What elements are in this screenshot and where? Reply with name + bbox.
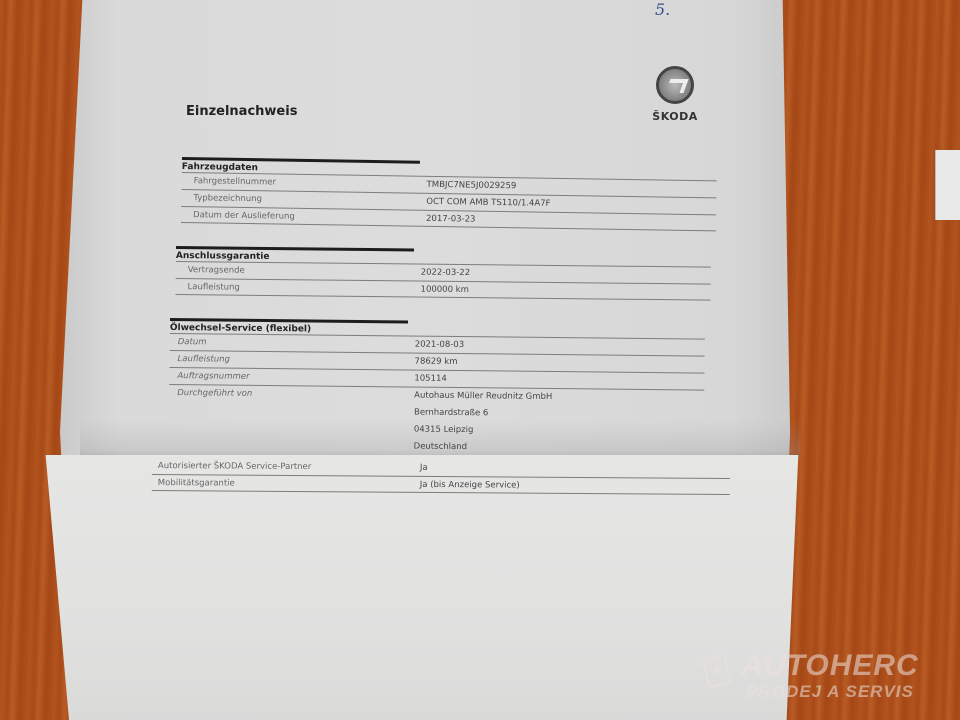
row-value: OCT COM AMB TS110/1.4A7F: [426, 197, 716, 212]
row-label: Mobilitätsgarantie: [152, 477, 420, 489]
background-papers: [935, 150, 960, 220]
watermark-subtitle: PRODEJ A SERVIS: [705, 682, 955, 702]
row-label: Vertragsende: [176, 265, 421, 278]
document-title: Einzelnachweis: [186, 104, 297, 119]
section-service-partner: Autorisierter ŠKODA Service-Partner Ja M…: [152, 457, 730, 495]
row-value: Ja (bis Anzeige Service): [420, 479, 730, 491]
row-value: 04315 Leipzig: [414, 424, 704, 437]
row-label: Laufleistung: [176, 281, 421, 294]
handwritten-note: 5.: [655, 0, 670, 19]
row-label: Datum der Auslieferung: [181, 209, 426, 223]
row-value: Ja: [420, 462, 730, 474]
row-value: 100000 km: [421, 284, 711, 297]
brand-name: ŠKODA: [646, 110, 704, 123]
row-label: [169, 426, 414, 429]
row-label: Laufleistung: [170, 354, 415, 367]
section-extended-warranty: Anschlussgarantie Vertragsende 2022-03-2…: [175, 246, 710, 301]
section-vehicle-data: Fahrzeugdaten Fahrgestellnummer TMBJC7NE…: [181, 157, 717, 231]
row-value: 2021-08-03: [415, 340, 705, 353]
row-value: 2022-03-22: [421, 268, 711, 281]
section-oil-change-service: Ölwechsel-Service (flexibel) Datum 2021-…: [169, 318, 705, 458]
skoda-logo: ŠKODA: [646, 66, 704, 123]
row-label: Typbezeichnung: [181, 193, 426, 207]
row-label: Datum: [170, 337, 415, 350]
row-value: Autohaus Müller Reudnitz GmbH: [414, 391, 704, 404]
row-value: TMBJC7NE5J0029259: [427, 180, 717, 195]
row-value: Bernhardstraße 6: [414, 407, 704, 420]
row-label: Auftragsnummer: [169, 371, 414, 384]
row-label: Durchgeführt von: [169, 388, 414, 401]
row-value: 78629 km: [415, 357, 705, 370]
row-value: 105114: [414, 374, 704, 387]
row-value: 2017-03-23: [426, 213, 716, 228]
row-label: Autorisierter ŠKODA Service-Partner: [152, 460, 420, 472]
row-value: Deutschland: [414, 441, 704, 454]
skoda-winged-arrow-icon: [656, 66, 694, 104]
watermark-brand: AUTOHERC: [705, 650, 955, 682]
row-label: [169, 409, 414, 412]
row-label: Fahrgestellnummer: [182, 176, 427, 190]
row-label: [169, 443, 414, 446]
section-heading: Ölwechsel-Service (flexibel): [170, 318, 408, 335]
dealer-watermark: ♠ AUTOHERC PRODEJ A SERVIS: [705, 650, 955, 702]
section-heading: Anschlussgarantie: [176, 246, 414, 263]
